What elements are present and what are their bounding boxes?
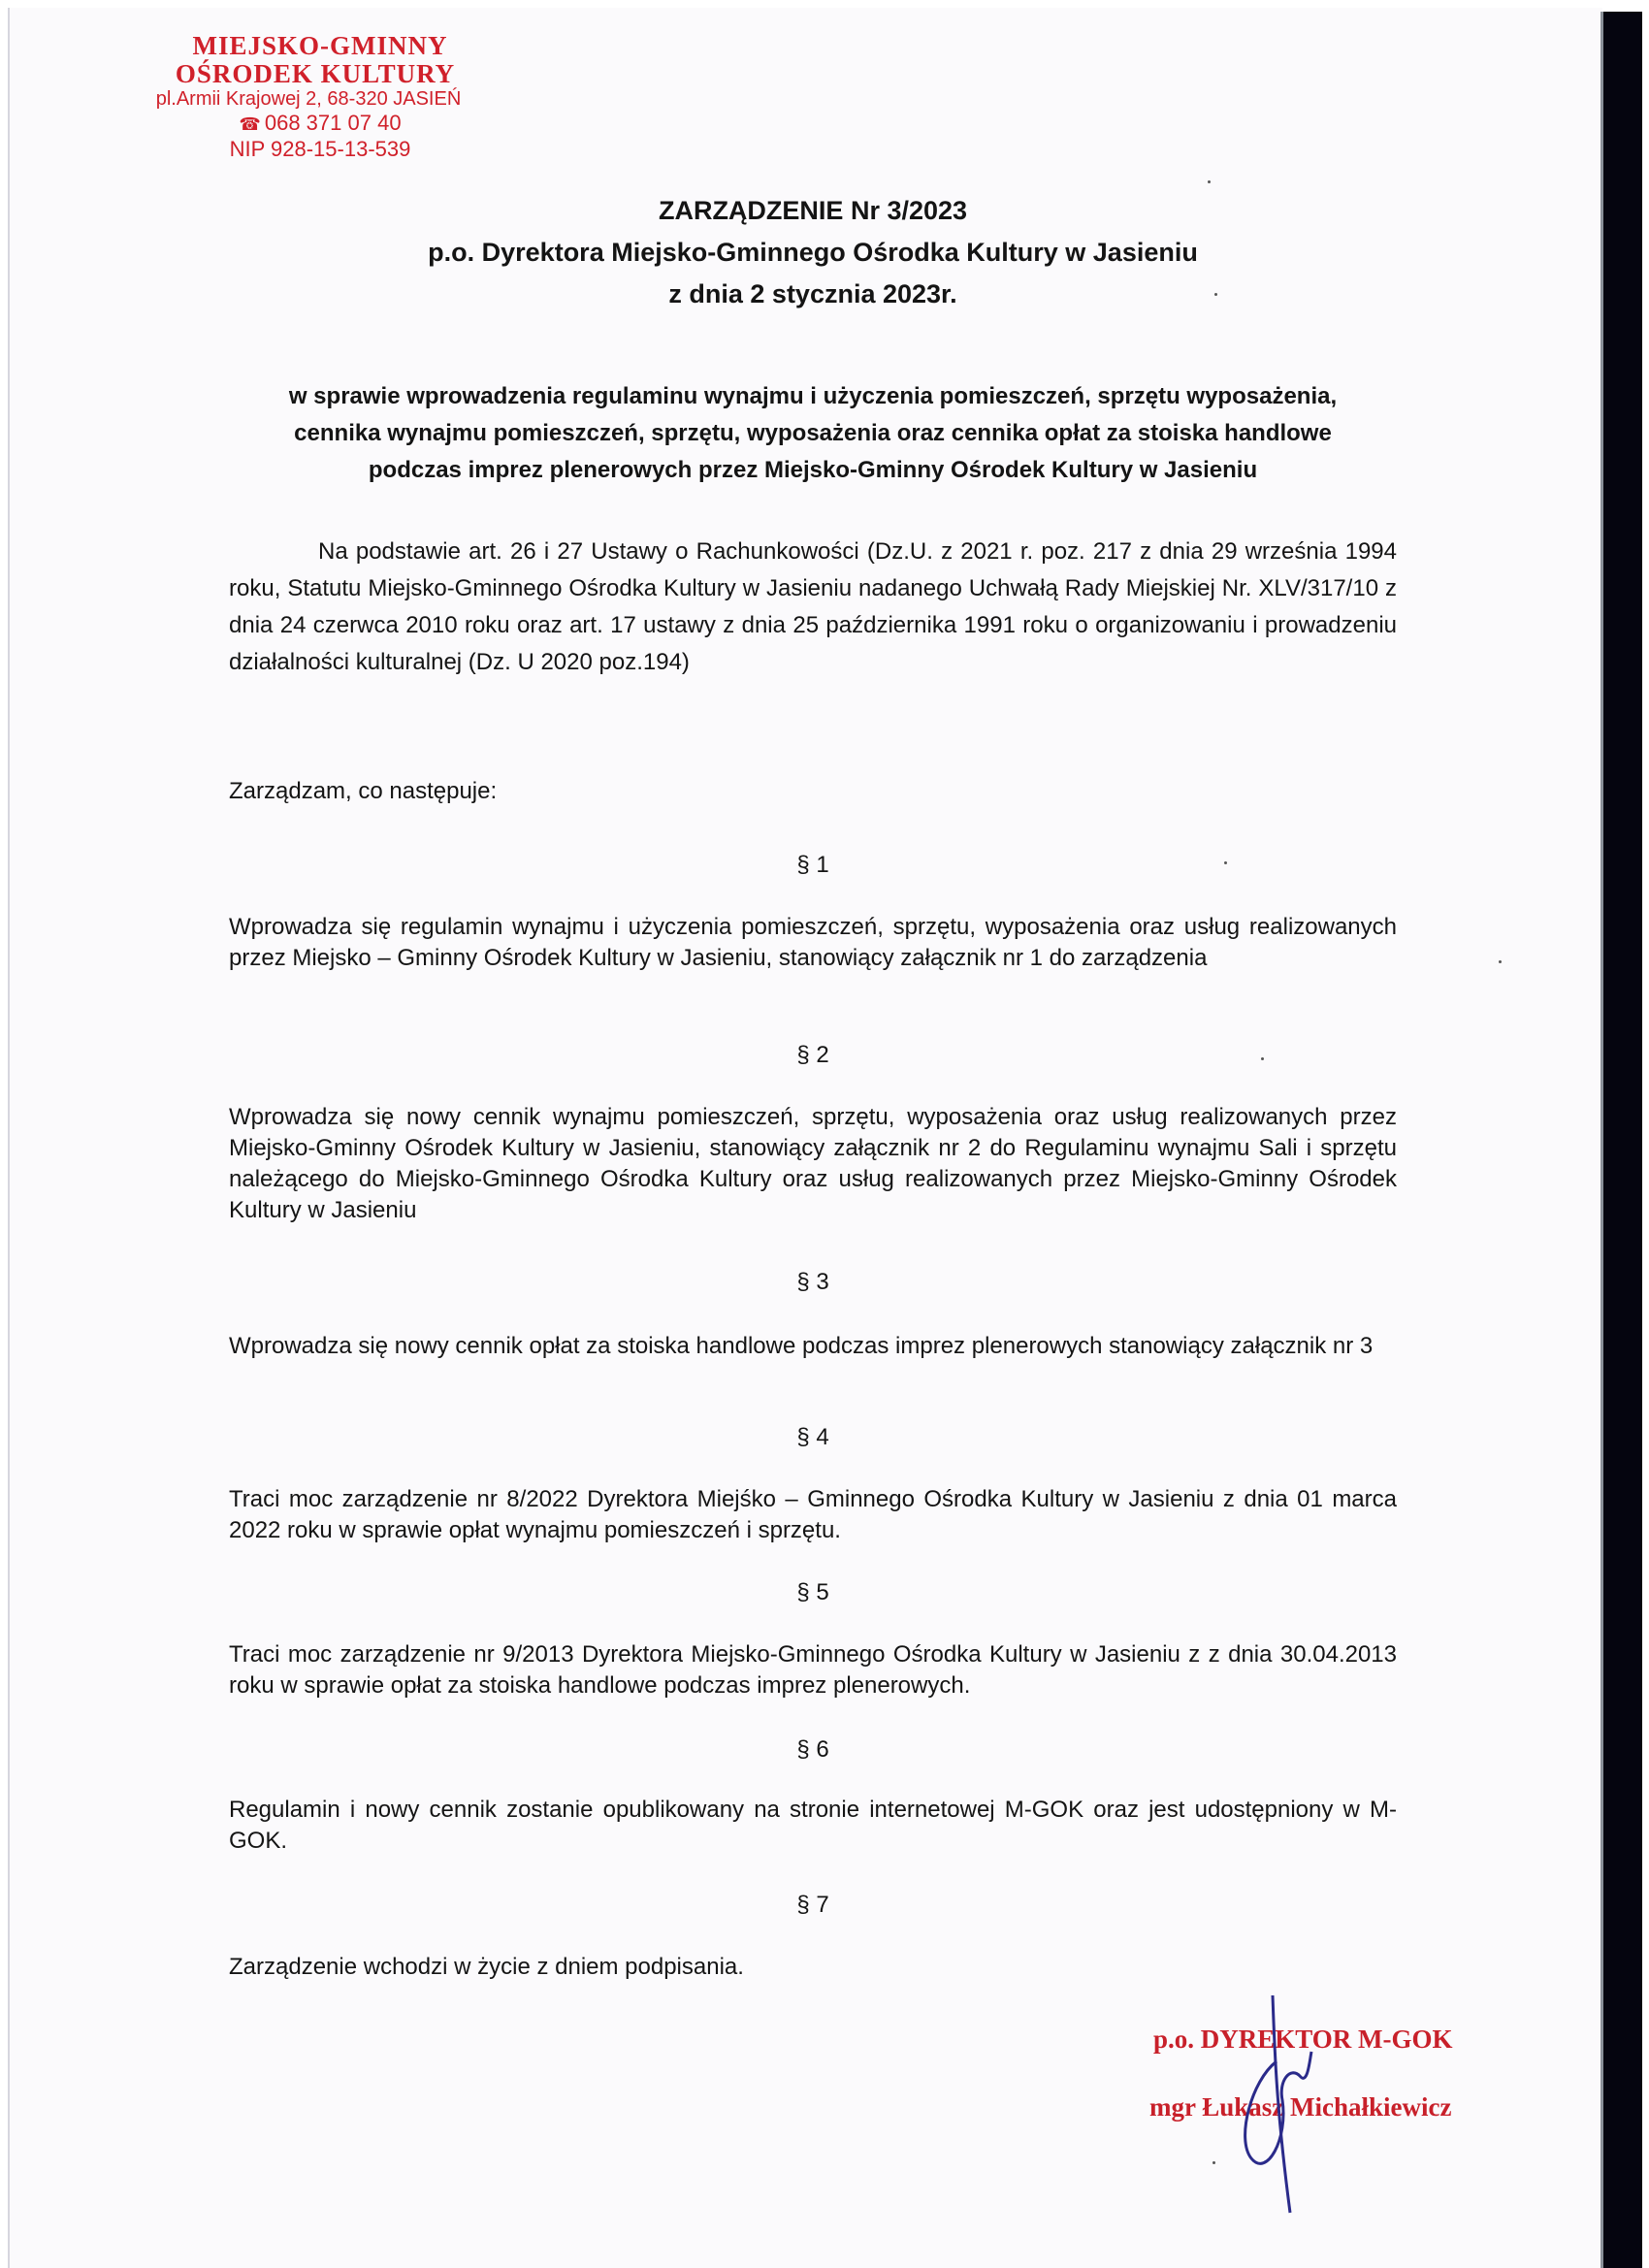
document-header: ZARZĄDZENIE Nr 3/2023 p.o. Dyrektora Mie…	[229, 190, 1397, 315]
section-text-2: Wprowadza się nowy cennik wynajmu pomies…	[229, 1102, 1397, 1226]
scan-speck	[1261, 1057, 1264, 1060]
subject-line-1: w sprawie wprowadzenia regulaminu wynajm…	[229, 378, 1397, 415]
scan-speck	[1212, 2161, 1215, 2164]
handwritten-signature-icon	[1232, 1993, 1339, 2217]
phone-icon: ☎	[239, 114, 260, 134]
legal-basis: Na podstawie art. 26 i 27 Ustawy o Rachu…	[229, 534, 1397, 681]
stamp-line-1: MIEJSKO-GMINNY	[136, 31, 504, 60]
scan-speck	[1208, 180, 1211, 183]
document-subject: w sprawie wprowadzenia regulaminu wynajm…	[229, 378, 1397, 489]
document-date: z dnia 2 stycznia 2023r.	[229, 274, 1397, 315]
section-text-5: Traci moc zarządzenie nr 9/2013 Dyrektor…	[229, 1639, 1397, 1701]
stamp-nip: NIP 928-15-13-539	[136, 137, 504, 162]
scan-speck	[1499, 960, 1502, 963]
stamp-address: pl.Armii Krajowej 2, 68-320 JASIEŃ	[113, 87, 504, 111]
document-title: ZARZĄDZENIE Nr 3/2023	[229, 190, 1397, 232]
section-text-3: Wprowadza się nowy cennik opłat za stois…	[229, 1331, 1397, 1362]
section-text-7: Zarządzenie wchodzi w życie z dniem podp…	[229, 1952, 1397, 1983]
section-mark-4: § 4	[229, 1422, 1397, 1453]
document-issuer: p.o. Dyrektora Miejsko-Gminnego Ośrodka …	[229, 232, 1397, 274]
stamp-line-2: OŚRODEK KULTURY	[126, 60, 504, 87]
section-text-4: Traci moc zarządzenie nr 8/2022 Dyrektor…	[229, 1484, 1397, 1546]
subject-line-2: cennika wynajmu pomieszczeń, sprzętu, wy…	[229, 415, 1397, 452]
stamp-phone-row: ☎068 371 07 40	[136, 111, 504, 137]
section-mark-6: § 6	[229, 1734, 1397, 1766]
scan-border	[1600, 12, 1642, 2268]
section-mark-7: § 7	[229, 1890, 1397, 1921]
intro-text: Zarządzam, co następuje:	[229, 776, 1397, 807]
section-mark-5: § 5	[229, 1577, 1397, 1608]
section-mark-3: § 3	[229, 1267, 1397, 1298]
subject-line-3: podczas imprez plenerowych przez Miejsko…	[229, 452, 1397, 489]
stamp-phone: 068 371 07 40	[265, 111, 402, 135]
institution-stamp: MIEJSKO-GMINNY OŚRODEK KULTURY pl.Armii …	[116, 31, 504, 162]
section-mark-2: § 2	[229, 1040, 1397, 1071]
section-text-1: Wprowadza się regulamin wynajmu i użycze…	[229, 912, 1397, 974]
section-text-6: Regulamin i nowy cennik zostanie opublik…	[229, 1795, 1397, 1857]
scan-speck	[1224, 861, 1227, 864]
scan-speck	[1214, 293, 1217, 296]
section-mark-1: § 1	[229, 850, 1397, 881]
